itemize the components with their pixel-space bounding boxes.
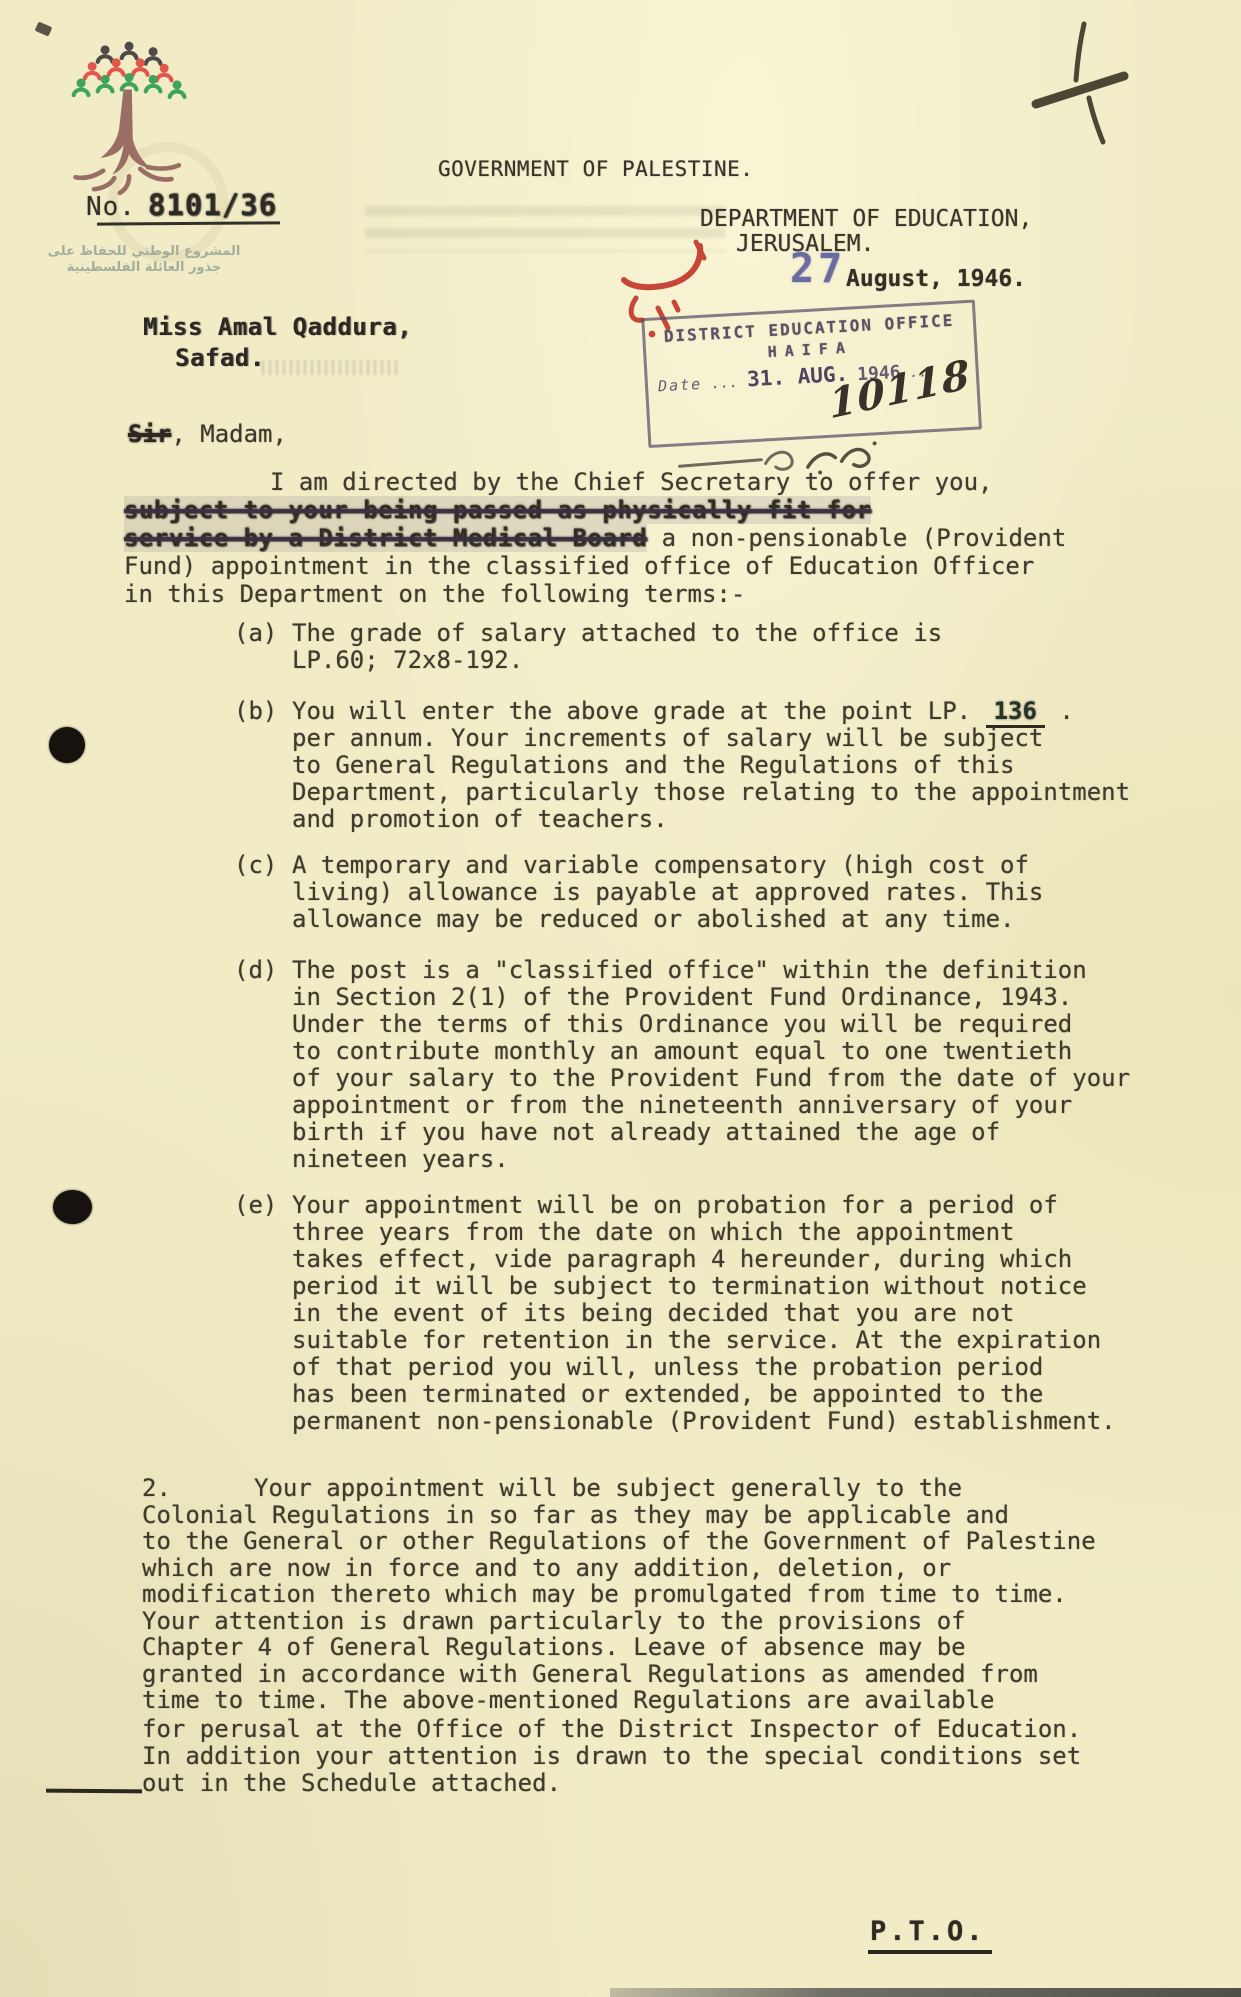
para1-line5: in this Department on the following term… xyxy=(124,580,1154,608)
term-item-b: (b)You will enter the above grade at the… xyxy=(234,698,1214,833)
margin-dash-mark xyxy=(46,1789,142,1794)
term-label: (a) xyxy=(234,620,292,647)
para1-struck-line3: service by a District Medical Board xyxy=(124,524,647,552)
term-label: (e) xyxy=(234,1192,292,1219)
term-text: A temporary and variable compensatory (h… xyxy=(292,852,1192,933)
term-text: You will enter the above grade at the po… xyxy=(292,698,1192,833)
reference-number: 8101/36 xyxy=(148,188,277,222)
department-line: DEPARTMENT OF EDUCATION, xyxy=(700,206,1032,232)
addressee-name: Miss Amal Qaddura, xyxy=(143,312,412,343)
salutation-struck-word: Sir xyxy=(128,420,171,448)
scan-edge-band xyxy=(610,1988,1241,1997)
addressee-block: Miss Amal Qaddura, Safad. xyxy=(143,312,412,374)
para1-line3-tail: a non-pensionable (Provident xyxy=(647,524,1066,552)
scanned-letter-page: المشروع الوطني للحفاظ على جذور العائلة ا… xyxy=(0,0,1241,1997)
term-b-rest: per annum. Your increments of salary wil… xyxy=(292,725,1192,833)
para1-line1: I am directed by the Chief Secretary to … xyxy=(270,468,1154,496)
date-line: August, 1946. xyxy=(846,266,1026,292)
term-text: The grade of salary attached to the offi… xyxy=(292,620,1192,674)
term-text: Your appointment will be on probation fo… xyxy=(292,1192,1192,1435)
term-b-first-before: You will enter the above grade at the po… xyxy=(292,697,971,725)
stamped-day-number: 27 xyxy=(790,246,846,292)
term-label: (d) xyxy=(234,957,292,984)
reference-underline xyxy=(97,221,280,225)
para1-struck-line2: subject to your being passed as physical… xyxy=(124,496,871,524)
paragraph-2-continued: for perusal at the Office of the Distric… xyxy=(142,1716,1081,1797)
addressee-town: Safad. xyxy=(175,343,412,374)
reference-number-line: No.8101/36 xyxy=(86,188,277,222)
para1-line4: Fund) appointment in the classified offi… xyxy=(124,552,1154,580)
stamp-date-label: Date xyxy=(658,375,703,395)
opening-paragraph: I am directed by the Chief Secretary to … xyxy=(124,468,1154,608)
paragraph-2-body: Colonial Regulations in so far as they m… xyxy=(142,1502,1096,1714)
term-item-c: (c)A temporary and variable compensatory… xyxy=(234,852,1214,933)
salutation-rest: , Madam, xyxy=(171,420,287,448)
term-text: The post is a "classified office" within… xyxy=(292,957,1192,1173)
reference-label: No. xyxy=(86,192,136,222)
handwritten-cross-mark xyxy=(1028,14,1133,149)
please-turn-over: P.T.O. xyxy=(868,1916,992,1954)
logo-caption-line1: المشروع الوطني للحفاظ على xyxy=(24,244,264,260)
tree-trunk xyxy=(100,90,151,175)
logo-caption-line2: جذور العائلة الفلسطينية xyxy=(24,260,264,276)
term-b-first-after: . xyxy=(1045,697,1074,725)
people-row-top xyxy=(98,42,161,64)
term-item-a: (a)The grade of salary attached to the o… xyxy=(234,620,1214,674)
document-title: GOVERNMENT OF PALESTINE. xyxy=(438,157,753,181)
archive-logo-tree-of-people xyxy=(70,40,190,200)
paragraph-number: 2. xyxy=(142,1475,254,1502)
paragraph-2-first-line: 2.Your appointment will be subject gener… xyxy=(142,1475,1096,1502)
logo-caption: المشروع الوطني للحفاظ على جذور العائلة ا… xyxy=(24,244,264,276)
ink-dot-upper xyxy=(49,727,85,763)
term-label: (b) xyxy=(234,698,292,725)
paragraph-2-indent-text: Your appointment will be subject general… xyxy=(254,1474,962,1502)
paragraph-2: 2.Your appointment will be subject gener… xyxy=(142,1475,1096,1714)
scan-artifact-corner xyxy=(35,21,53,36)
ink-dot-lower xyxy=(53,1190,92,1224)
term-item-d: (d)The post is a "classified office" wit… xyxy=(234,957,1214,1173)
term-item-e: (e)Your appointment will be on probation… xyxy=(234,1192,1214,1435)
salutation-line: Sir, Madam, xyxy=(128,420,287,448)
term-label: (c) xyxy=(234,852,292,879)
stamp-date-leader: ... xyxy=(711,373,739,392)
